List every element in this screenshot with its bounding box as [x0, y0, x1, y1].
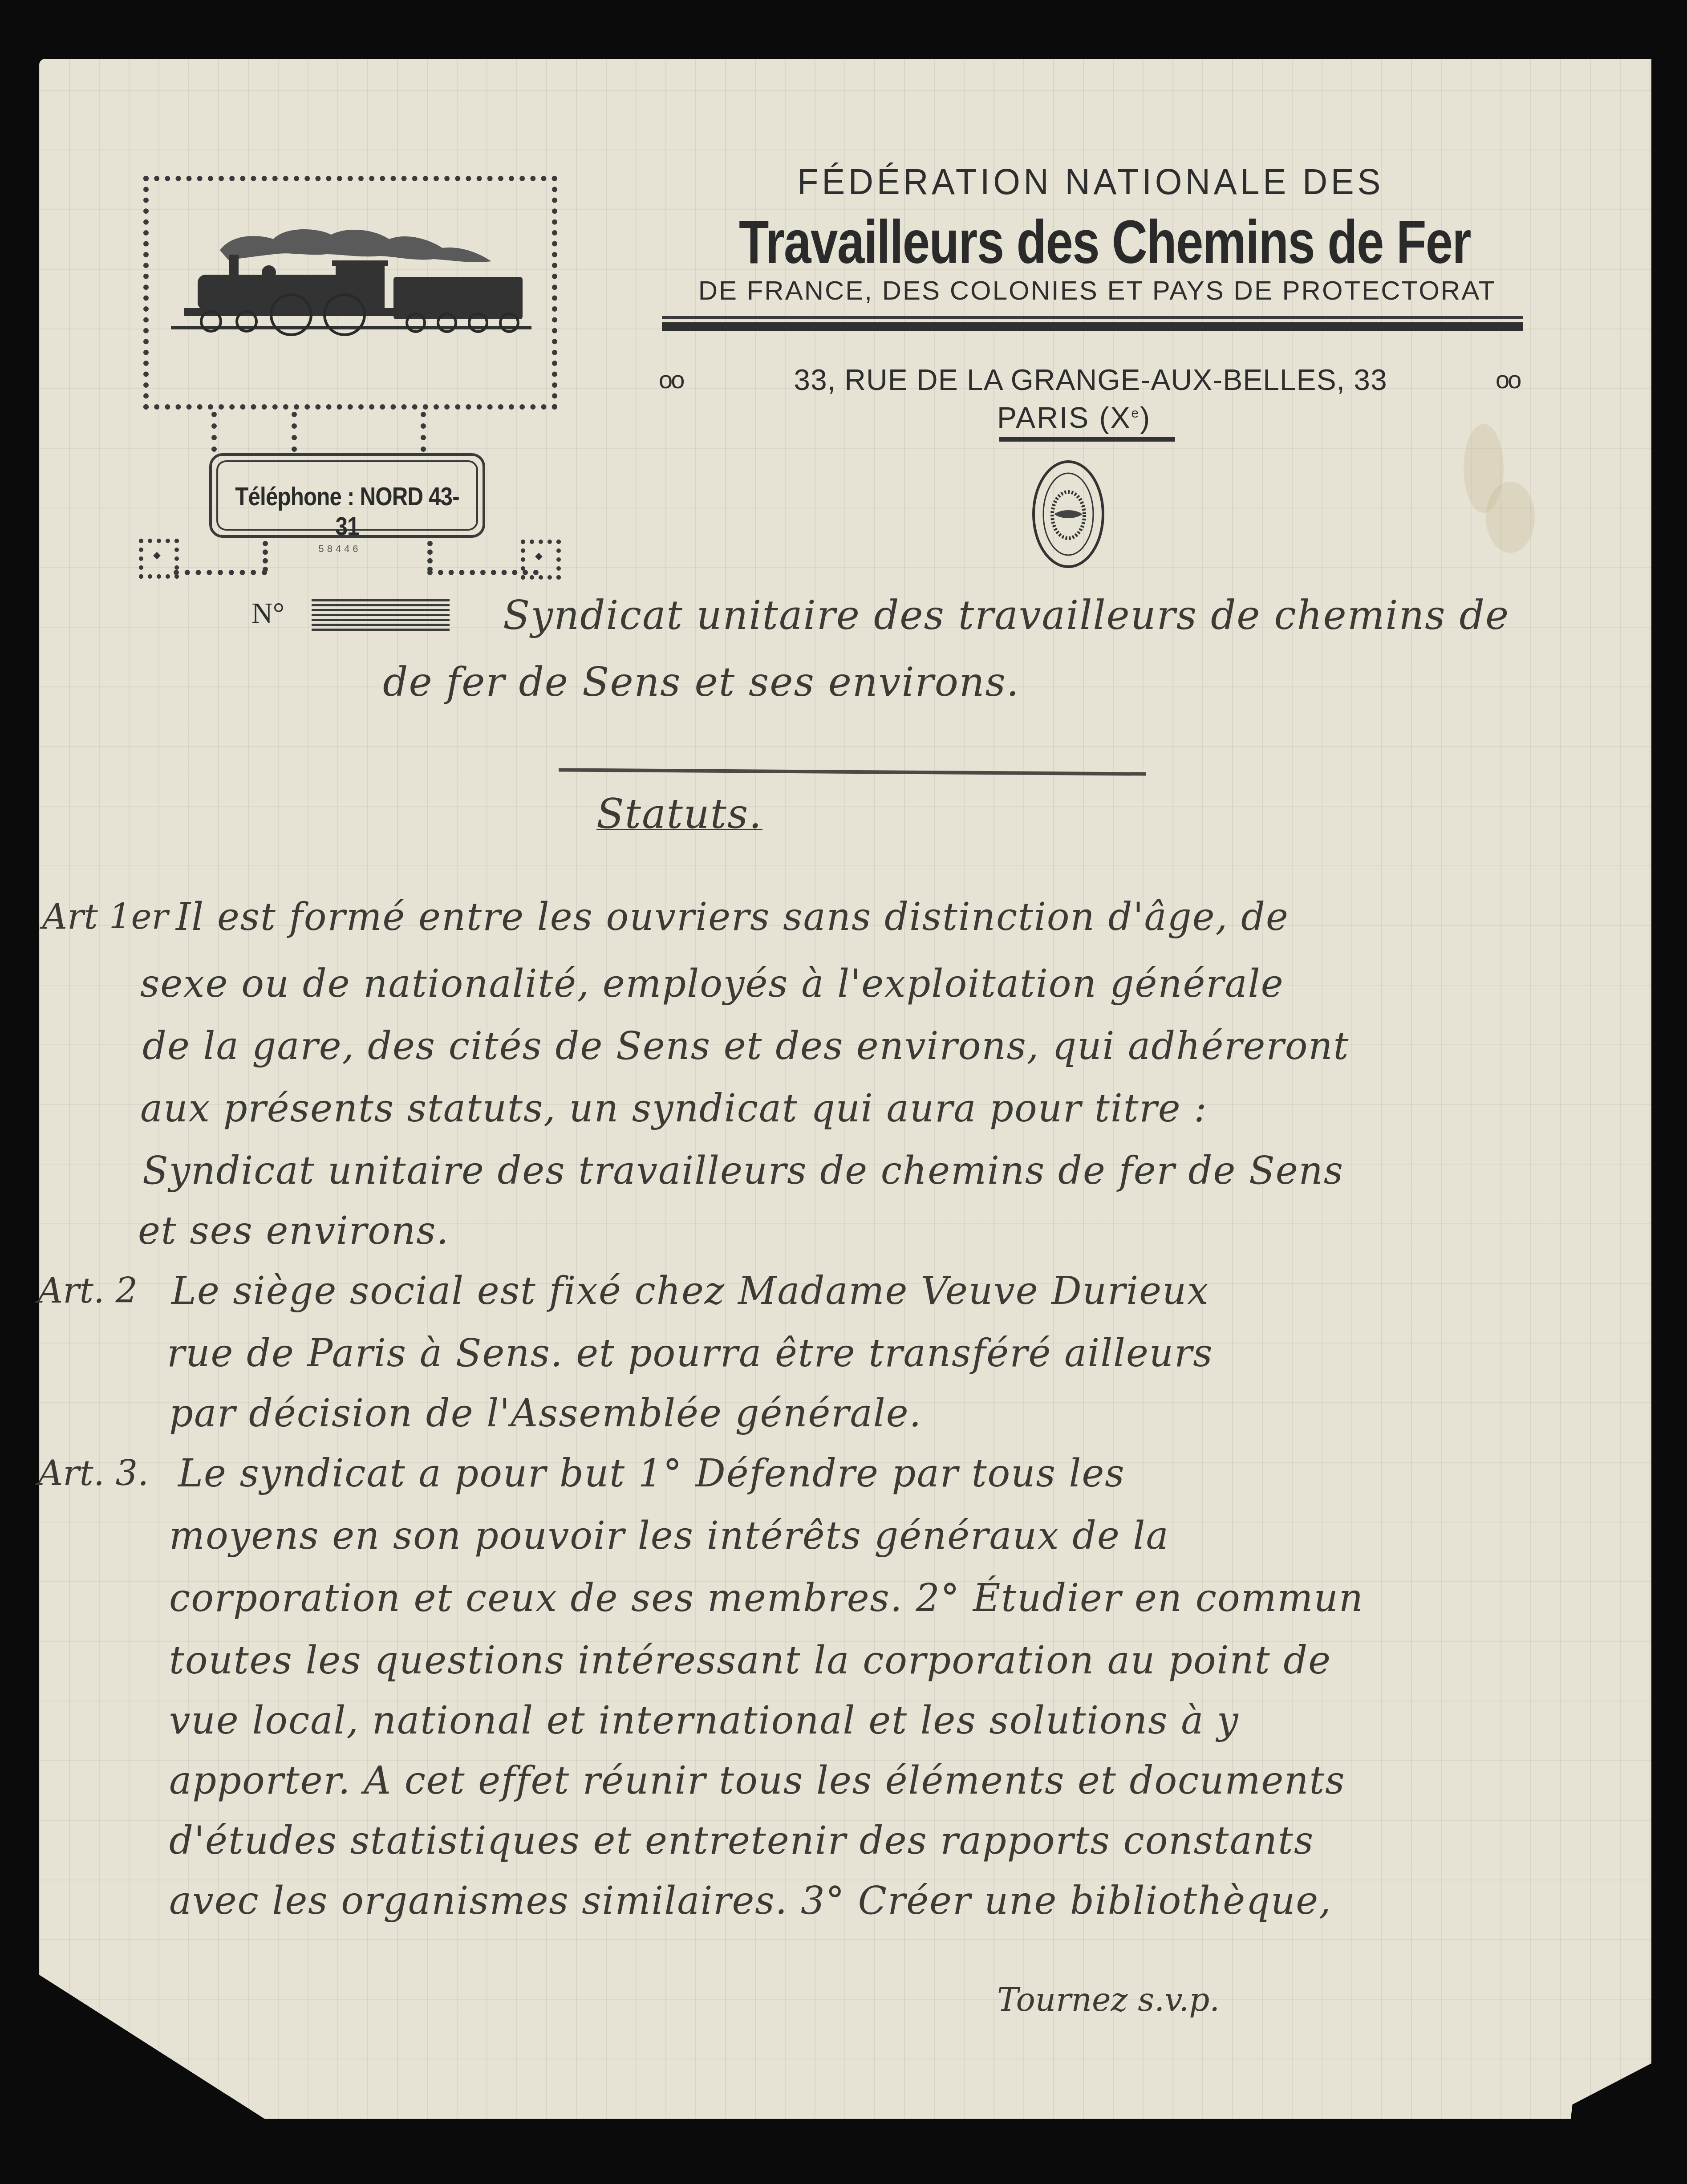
article-3-line: vue local, national et international et …	[169, 1698, 1239, 1743]
article-3-line: avec les organismes similaires. 3° Créer…	[169, 1879, 1332, 1923]
steam-locomotive-icon	[166, 208, 531, 368]
telephone-number: Téléphone : NORD 43-31	[232, 482, 462, 541]
federation-subtitle: DE FRANCE, DES COLONIES ET PAYS DE PROTE…	[654, 275, 1540, 306]
heading-line-1: Syndicat unitaire des travailleurs de ch…	[503, 592, 1509, 639]
frame-connector	[292, 412, 297, 452]
city: PARIS (Xe)	[997, 401, 1151, 434]
article-3-line: Le syndicat a pour but 1° Défendre par t…	[178, 1451, 1125, 1496]
section-title: Statuts.	[596, 790, 762, 838]
ornament-corner-left	[139, 539, 179, 579]
cgtu-seal-icon	[1010, 456, 1126, 572]
address-ornament-right: oo	[1496, 365, 1520, 394]
letterhead-rule-thin	[662, 316, 1523, 319]
article-3-line: moyens en son pouvoir les intérêts génér…	[169, 1514, 1169, 1558]
telephone-box: Téléphone : NORD 43-31	[209, 453, 485, 538]
article-1-line: et ses environs.	[138, 1209, 449, 1253]
turn-over-note: Tournez s.v.p.	[997, 1981, 1220, 2018]
city-underline	[999, 437, 1175, 442]
dotted-bracket	[174, 570, 267, 575]
article-2-line: rue de Paris à Sens. et pourra être tran…	[167, 1331, 1213, 1376]
article-1-line: Syndicat unitaire des travailleurs de ch…	[142, 1149, 1344, 1193]
article-3-line: corporation et ceux de ses membres. 2° É…	[169, 1576, 1364, 1620]
print-code: 58446	[318, 544, 361, 555]
address-ornament-left: oo	[659, 365, 683, 394]
ornament-corner-right	[521, 540, 561, 580]
heading-line-2: de fer de Sens et ses environs.	[383, 659, 1020, 706]
number-field	[312, 599, 450, 631]
article-3-label: Art. 3.	[38, 1453, 149, 1494]
article-3-line: toutes les questions intéressant la corp…	[169, 1638, 1331, 1683]
locomotive-illustration-frame	[143, 176, 557, 410]
article-1-line: sexe ou de nationalité, employés à l'exp…	[140, 962, 1284, 1006]
article-2-line: par décision de l'Assemblée générale.	[169, 1391, 922, 1436]
letterhead-rule-thick	[662, 322, 1523, 331]
frame-connector	[211, 412, 217, 452]
article-1-line: Il est formé entre les ouvriers sans dis…	[176, 895, 1289, 939]
water-stain	[1486, 482, 1535, 553]
federation-title: Travailleurs des Chemins de Fer	[739, 207, 1451, 278]
article-3-line: d'études statistiques et entretenir des …	[169, 1819, 1314, 1863]
federation-line: FÉDÉRATION NATIONALE DES	[795, 161, 1387, 203]
article-1-line: de la gare, des cités de Sens et des env…	[142, 1024, 1349, 1068]
article-3-line: apporter. A cet effet réunir tous les él…	[169, 1758, 1346, 1803]
article-1-line: aux présents statuts, un syndicat qui au…	[140, 1086, 1208, 1131]
article-2-label: Art. 2	[38, 1271, 138, 1311]
number-label: N°	[251, 597, 284, 630]
frame-connector	[421, 412, 426, 452]
article-2-line: Le siège social est fixé chez Madame Veu…	[171, 1269, 1209, 1313]
address: 33, RUE DE LA GRANGE-AUX-BELLES, 33	[757, 363, 1424, 397]
frame-connector	[263, 541, 268, 572]
article-1-label: Art 1er	[42, 897, 168, 937]
frame-connector	[427, 541, 433, 572]
